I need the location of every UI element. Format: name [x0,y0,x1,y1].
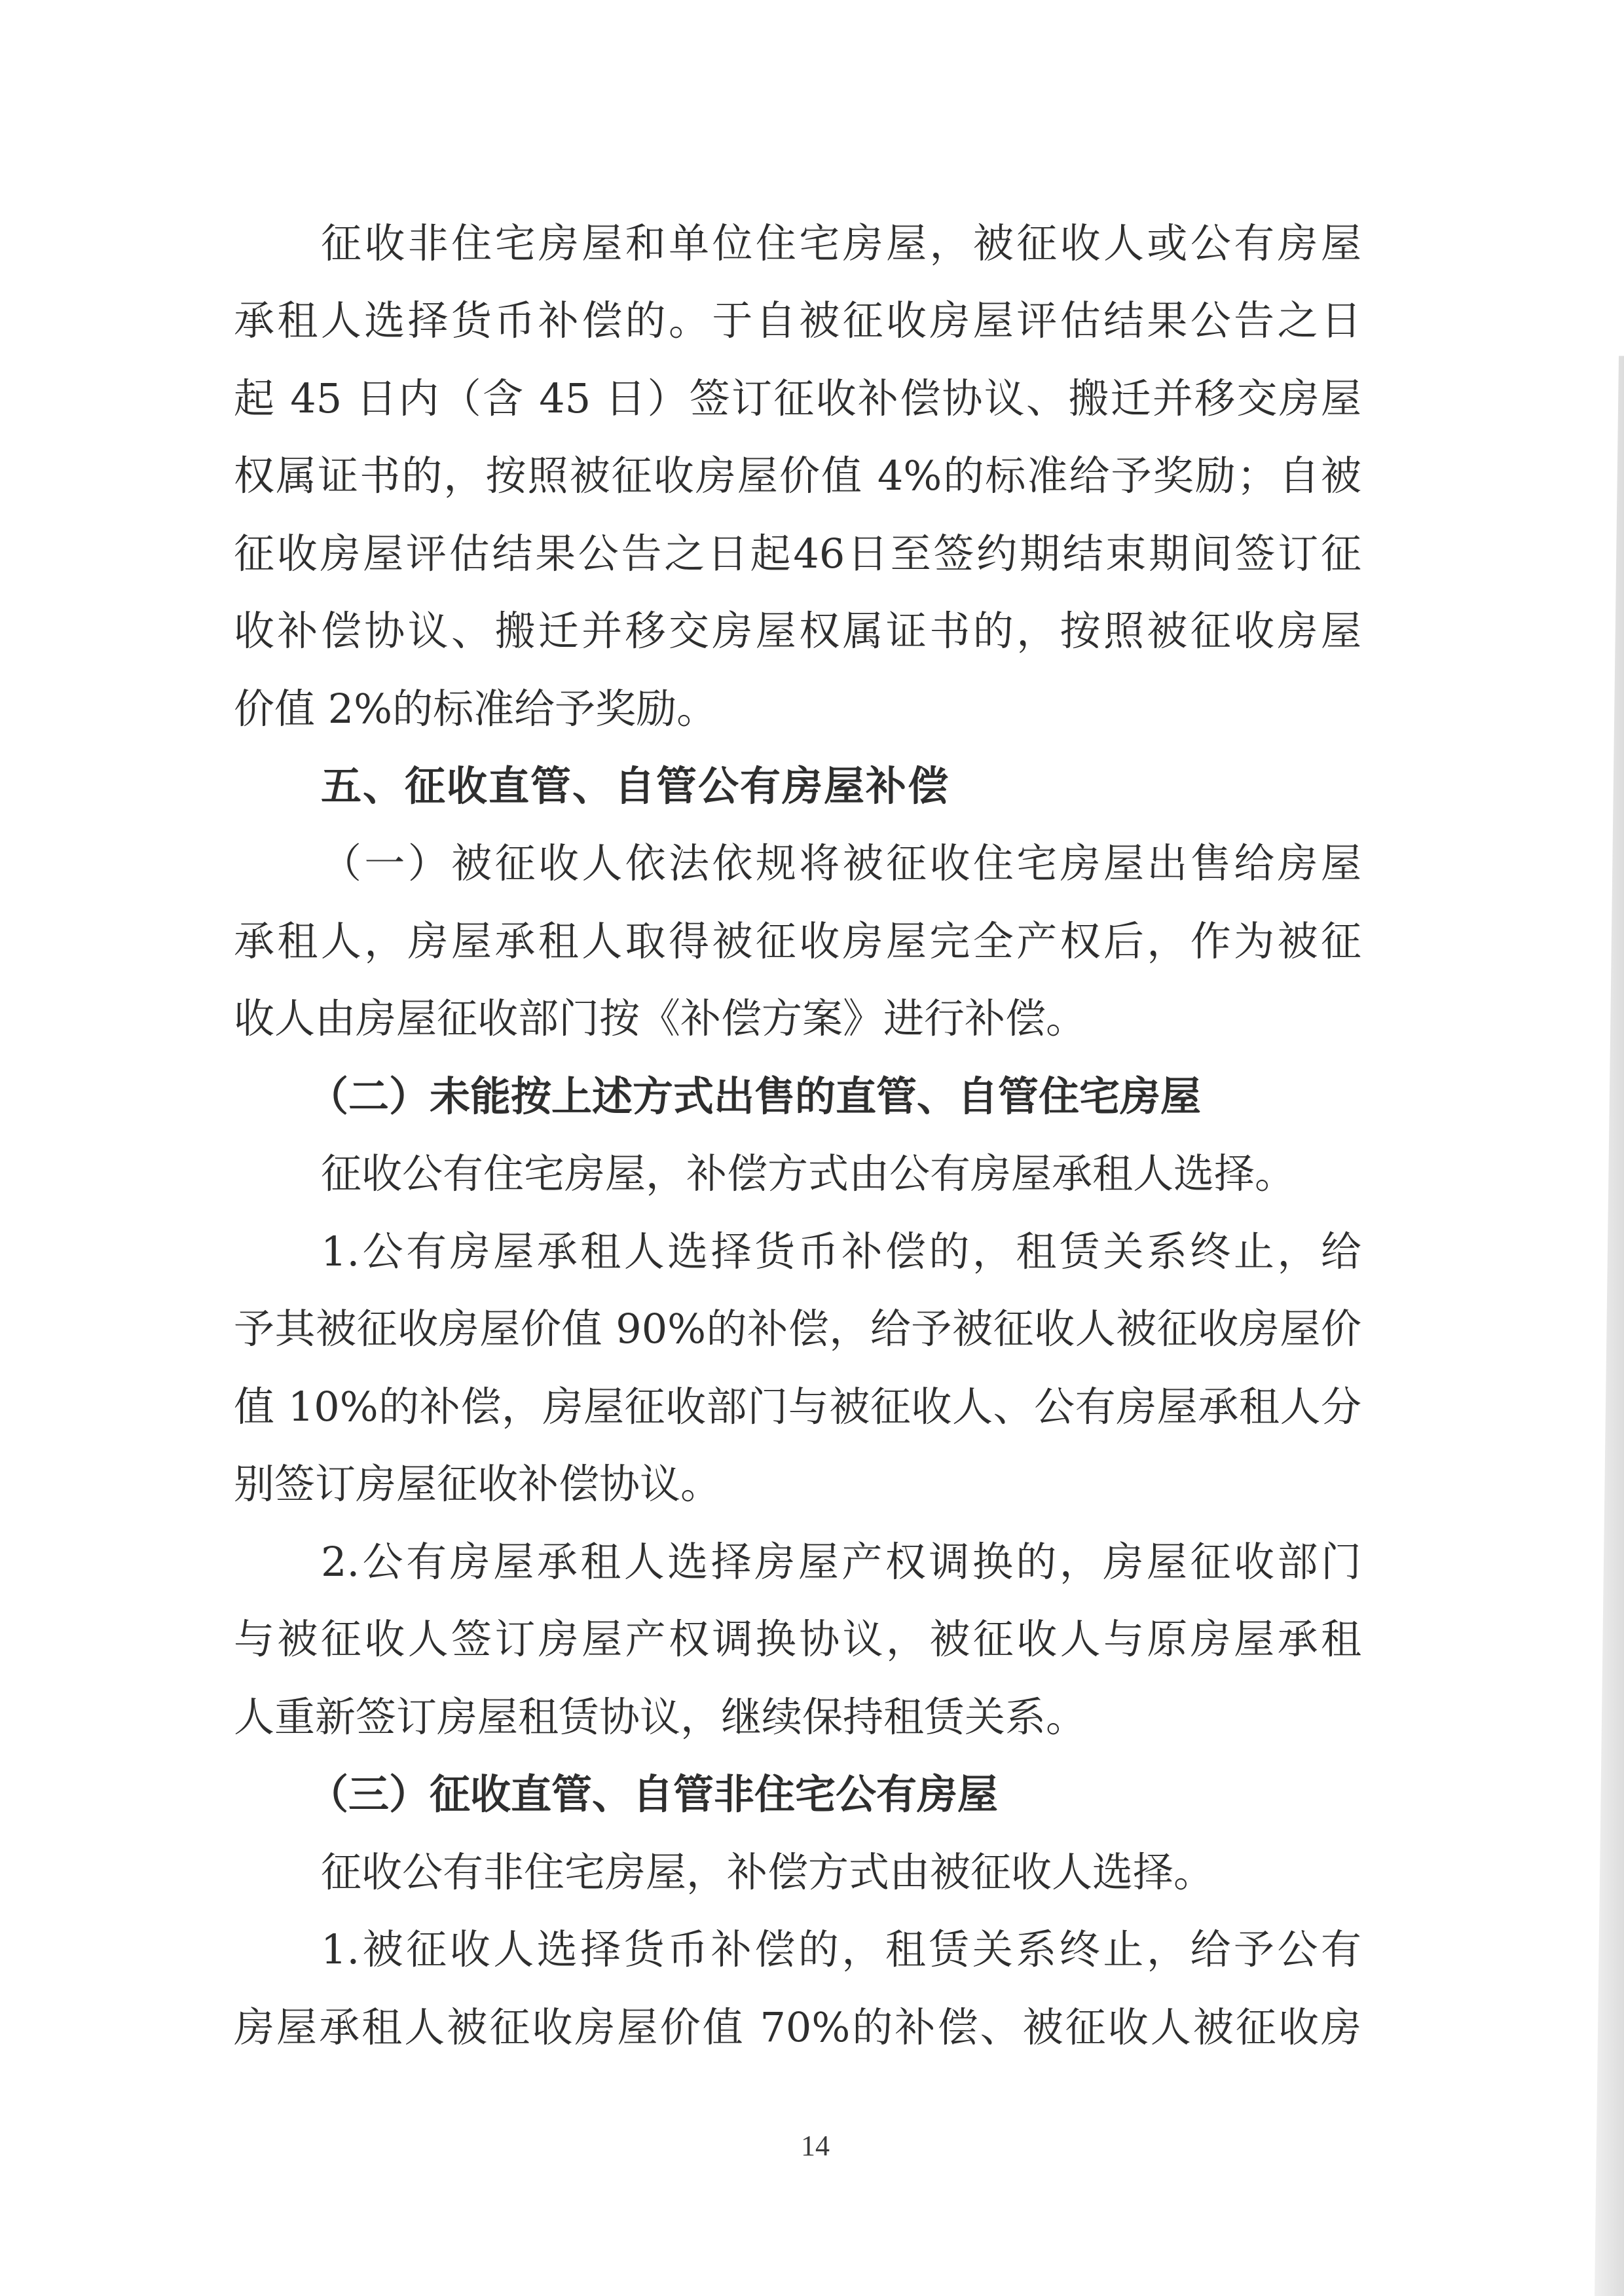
paragraph-line: 起 45 日内（含 45 日）签订征收补偿协议、搬迁并移交房屋 [234,360,1361,437]
document-page: 征收非住宅房屋和单位住宅房屋，被征收人或公有房屋 承租人选择货币补偿的。于自被征… [0,0,1624,2296]
paragraph-line: 1.公有房屋承租人选择货币补偿的，租赁关系终止，给 [321,1213,1361,1290]
paragraph-line: 1.被征收人选择货币补偿的，租赁关系终止，给予公有 [321,1911,1361,1988]
paragraph-line: 征收公有非住宅房屋，补偿方式由被征收人选择。 [321,1834,1361,1911]
paragraph-line: 征收非住宅房屋和单位住宅房屋，被征收人或公有房屋 [321,205,1361,282]
paragraph-line: 承租人，房屋承租人取得被征收房屋完全产权后，作为被征 [234,903,1361,980]
paragraph-line: 价值 2%的标准给予奖励。 [234,670,1361,748]
paragraph-line: 权属证书的，按照被征收房屋价值 4%的标准给予奖励；自被 [234,437,1361,515]
scan-edge-shadow [1591,0,1624,2296]
paragraph-line: （一）被征收人依法依规将被征收住宅房屋出售给房屋 [321,825,1361,902]
paragraph-line: 与被征收人签订房屋产权调换协议，被征收人与原房屋承租 [234,1601,1361,1678]
paragraph-line: 征收房屋评估结果公告之日起46日至签约期结束期间签订征 [234,515,1361,592]
paragraph-line: 承租人选择货币补偿的。于自被征收房屋评估结果公告之日 [234,282,1361,359]
page-number: 14 [786,2128,845,2164]
section-heading: 五、征收直管、自管公有房屋补偿 [321,748,1361,825]
subsection-heading: （三）征收直管、自管非住宅公有房屋 [308,1756,1348,1833]
subsection-heading: （二）未能按上述方式出售的直管、自管住宅房屋 [308,1058,1348,1135]
paragraph-line: 人重新签订房屋租赁协议，继续保持租赁关系。 [234,1679,1361,1756]
paragraph-line: 收补偿协议、搬迁并移交房屋权属证书的，按照被征收房屋 [234,592,1361,670]
paragraph-line: 值 10%的补偿，房屋征收部门与被征收人、公有房屋承租人分 [234,1368,1361,1446]
paragraph-line: 收人由房屋征收部门按《补偿方案》进行补偿。 [234,980,1361,1057]
paragraph-line: 征收公有住宅房屋，补偿方式由公有房屋承租人选择。 [321,1135,1361,1212]
paragraph-line: 2.公有房屋承租人选择房屋产权调换的，房屋征收部门 [321,1523,1361,1601]
paragraph-line: 别签订房屋征收补偿协议。 [234,1446,1361,1523]
paragraph-line: 房屋承租人被征收房屋价值 70%的补偿、被征收人被征收房 [234,1989,1361,2066]
paragraph-line: 予其被征收房屋价值 90%的补偿，给予被征收人被征收房屋价 [234,1290,1361,1368]
